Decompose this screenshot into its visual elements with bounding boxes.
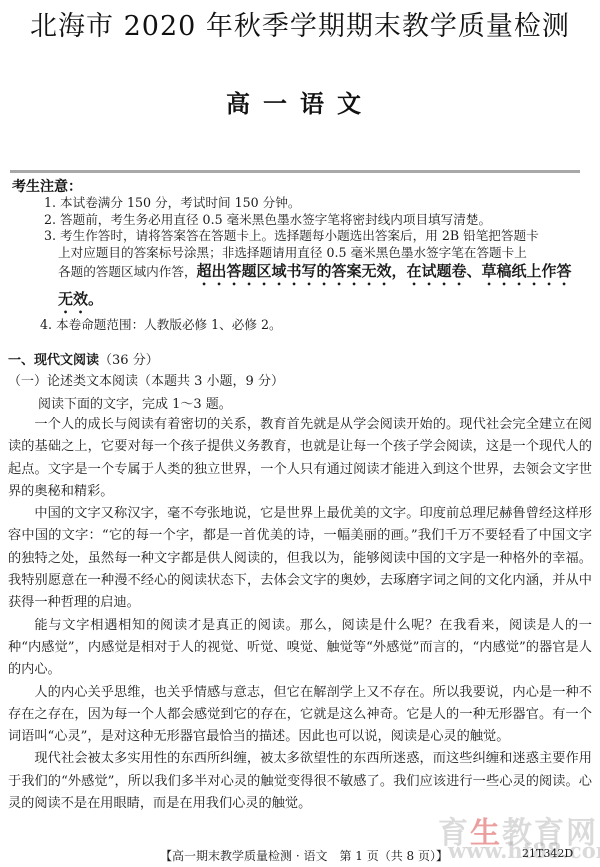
notice-item-3-cont: 上对应题目的答案标号涂黑；非选择题请用直径 0.5 毫米黑色墨水签字笔在答题卡上 (44, 245, 584, 262)
watermark: 育生教育网 www.ht88.com (430, 808, 600, 867)
subject-title: 高一语文 (0, 84, 600, 119)
footer-page-info: 【高一期末教学质量检测 · 语文 第 1 页（共 8 页）】 (160, 847, 448, 864)
section-heading-title: 一、现代文阅读 (8, 353, 99, 368)
footer-code: 21T342D (522, 847, 573, 860)
notice-item-3-cont2: 各题的答题区域内作答，超出答题区域书写的答案无效，在试题卷、草稿纸上作答无效。 (44, 261, 584, 317)
subsection-heading: （一）论述类文本阅读（本题共 3 小题，9 分） (8, 370, 284, 389)
section-heading-score: （36 分） (99, 353, 159, 368)
notice-item-3-text: 各题的答题区域内作答， (58, 264, 197, 279)
passage-paragraph-3: 能与文字相遇相知的阅读才是真正的阅读。那么，阅读是什么呢？在我看来，阅读是人的一… (8, 615, 592, 682)
exam-title: 北海市 2020 年秋季学期期末教学质量检测 (0, 4, 600, 43)
notice-item-2: 2. 答题前，考生务必用直径 0.5 毫米黑色墨水签字笔将密封线内项目填写清楚。 (44, 212, 584, 229)
passage-paragraph-1: 一个人的成长与阅读有着密切的关系，教育首先就是从学会阅读开始的。现代社会完全建立… (8, 414, 592, 503)
reading-instruction: 阅读下面的文字，完成 1～3 题。 (38, 393, 232, 412)
reading-passage: 一个人的成长与阅读有着密切的关系，教育首先就是从学会阅读开始的。现代社会完全建立… (8, 414, 592, 815)
notice-heading: 考生注意： (12, 176, 82, 196)
horizontal-rule (10, 170, 580, 173)
passage-paragraph-2: 中国的文字又称汉字，毫不夸张地说，它是世界上最优美的文字。印度前总理尼赫鲁曾经这… (8, 503, 592, 614)
notice-item-1: 1. 本试卷满分 150 分，考试时间 150 分钟。 (44, 195, 584, 212)
notice-list: 1. 本试卷满分 150 分，考试时间 150 分钟。 2. 答题前，考生务必用… (44, 195, 584, 317)
section-heading: 一、现代文阅读（36 分） (8, 349, 159, 368)
notice-item-3: 3. 考生作答时，请将答案答在答题卡上。选择题每小题选出答案后，用 2B 铅笔把… (44, 228, 584, 245)
passage-paragraph-5: 现代社会被太多实用性的东西所纠缠，被太多欲望性的东西所迷惑，而这些纠缠和迷惑主要… (8, 748, 592, 815)
passage-paragraph-4: 人的内心关乎思维，也关乎情感与意志，但它在解剖学上又不存在。所以我要说，内心是一… (8, 682, 592, 749)
notice-item-4: 4. 本卷命题范围：人教版必修 1、必修 2。 (40, 314, 282, 333)
